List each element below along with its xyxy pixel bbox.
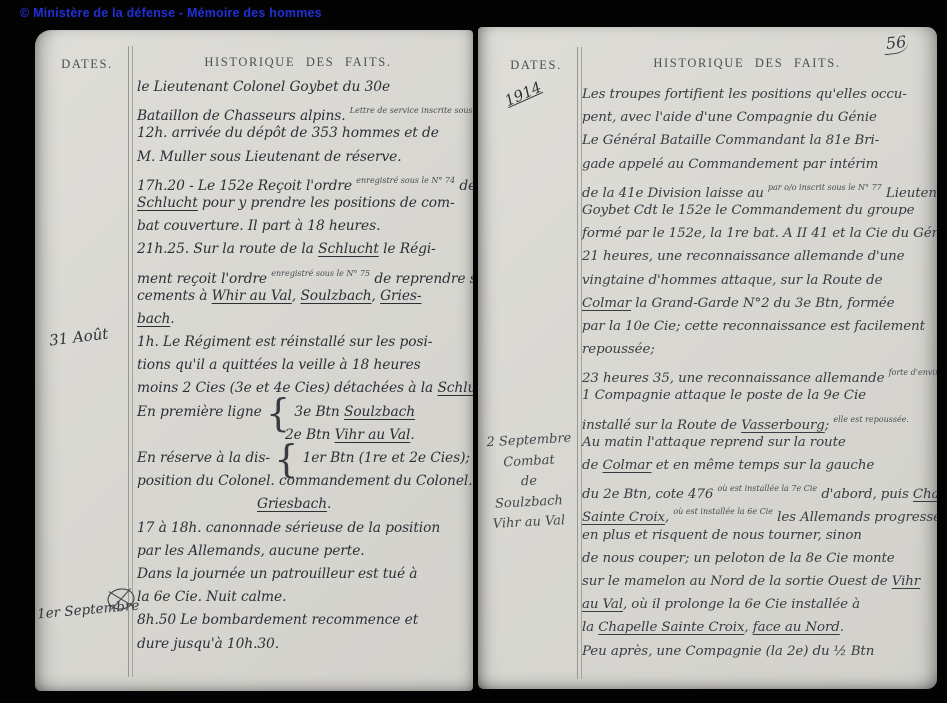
handwritten-line: ment reçoit l'ordre enregistré sous le N… — [137, 262, 473, 285]
handwritten-line: moins 2 Cies (3e et 4e Cies) détachées à… — [137, 377, 473, 400]
handwritten-line: Sainte Croix, où est installée la 6e Cie… — [582, 500, 927, 523]
handwritten-line: bach. — [137, 308, 473, 331]
handwritten-line: Les troupes fortifient les positions qu'… — [582, 83, 927, 106]
handwritten-line: 12h. arrivée du dépôt de 353 hommes et d… — [137, 122, 473, 145]
handwritten-line: 23 heures 35, une reconnaissance alleman… — [582, 361, 927, 384]
handwritten-line: 17h.20 - Le 152e Reçoit l'ordre enregist… — [137, 169, 473, 192]
handwritten-line: tions qu'il a quittées la veille à 18 he… — [137, 354, 473, 377]
handwritten-line: formé par le 152e, la 1re bat. A II 41 e… — [582, 222, 927, 245]
handwritten-line: 2e Btn Vihr au Val. — [137, 424, 473, 447]
handwritten-line: pent, avec l'aide d'une Compagnie du Gén… — [582, 106, 927, 129]
handwritten-line: du 2e Btn, cote 476 où est installée la … — [582, 477, 927, 500]
left-page-lines: le Lieutenant Colonel Goybet du 30eBatai… — [137, 76, 473, 656]
handwritten-line: gade appelé au Commandement par intérim — [582, 153, 927, 176]
handwritten-line: repoussée; — [582, 338, 927, 361]
handwritten-line: Au matin l'attaque reprend sur la route — [582, 431, 927, 454]
handwritten-line: cements à Whir au Val, Soulzbach, Gries- — [137, 285, 473, 308]
handwritten-line: Peu après, une Compagnie (la 2e) du ½ Bt… — [582, 640, 927, 663]
handwritten-line: 8h.50 Le bombardement recommence et — [137, 609, 473, 632]
left-page: DATES. HISTORIQUE DES FAITS. 31 Août 1er… — [35, 30, 473, 691]
right-page-lines: Les troupes fortifient les positions qu'… — [582, 83, 927, 663]
handwritten-line: En première ligne { 3e Btn Soulzbach — [137, 401, 473, 424]
handwritten-line: la 6e Cie. Nuit calme. — [137, 586, 473, 609]
handwritten-line: vingtaine d'hommes attaque, sur la Route… — [582, 269, 927, 292]
margin-date-31-aout: 31 Août — [48, 324, 109, 349]
handwritten-line: par les Allemands, aucune perte. — [137, 540, 473, 563]
handwritten-line: installé sur la Route de Vasserbourg; el… — [582, 408, 927, 431]
handwritten-line: le Lieutenant Colonel Goybet du 30e — [137, 76, 473, 99]
handwritten-line: dure jusqu'à 10h.30. — [137, 633, 473, 656]
dates-column-header: DATES. — [494, 58, 578, 73]
handwritten-line: bat couverture. Il part à 18 heures. — [137, 215, 473, 238]
handwritten-line: M. Muller sous Lieutenant de réserve. — [137, 146, 473, 169]
historique-header: HISTORIQUE DES FAITS. — [582, 56, 912, 71]
page-number: 56 — [882, 32, 910, 56]
handwritten-line: en plus et risquent de nous tourner, sin… — [582, 524, 927, 547]
handwritten-line: Colmar la Grand-Garde N°2 du 3e Btn, for… — [582, 292, 927, 315]
dates-column-header: DATES. — [45, 57, 129, 72]
handwritten-line: de nous couper; un peloton de la 8e Cie … — [582, 547, 927, 570]
column-divider-rule — [128, 46, 133, 677]
handwritten-line: 21h.25. Sur la route de la Schlucht le R… — [137, 238, 473, 261]
margin-year: 1914 — [502, 78, 544, 110]
margin-combat-note: 2 Septembre Combat de Soulzbach Vihr au … — [482, 431, 576, 534]
handwritten-line: au Val, où il prolonge la 6e Cie install… — [582, 593, 927, 616]
right-page: 56 DATES. HISTORIQUE DES FAITS. 1914 2 S… — [478, 27, 937, 689]
handwritten-line: Dans la journée un patrouilleur est tué … — [137, 563, 473, 586]
handwritten-line: position du Colonel. commandement du Col… — [137, 470, 473, 493]
handwritten-line: Le Général Bataille Commandant la 81e Br… — [582, 129, 927, 152]
handwritten-line: 21 heures, une reconnaissance allemande … — [582, 245, 927, 268]
handwritten-line: 17 à 18h. canonnade sérieuse de la posit… — [137, 517, 473, 540]
handwritten-line: Schlucht pour y prendre les positions de… — [137, 192, 473, 215]
combat-note-line: Vihr au Val — [482, 511, 577, 536]
watermark-text: © Ministère de la défense - Mémoire des … — [20, 6, 322, 20]
handwritten-line: Goybet Cdt le 152e le Commandement du gr… — [582, 199, 927, 222]
handwritten-line: sur le mamelon au Nord de la sortie Oues… — [582, 570, 927, 593]
handwritten-line: de Colmar et en même temps sur la gauche — [582, 454, 927, 477]
handwritten-line: Bataillon de Chasseurs alpins. Lettre de… — [137, 99, 473, 122]
handwritten-line: En réserve à la dis- { 1er Btn (1re et 2… — [137, 447, 473, 470]
handwritten-line: 1 Compagnie attaque le poste de la 9e Ci… — [582, 384, 927, 407]
crossed-circle-mark — [103, 584, 138, 614]
scan-background: © Ministère de la défense - Mémoire des … — [0, 0, 947, 703]
handwritten-line: la Chapelle Sainte Croix, face au Nord. — [582, 616, 927, 639]
handwritten-line: de la 41e Division laisse au par o/o ins… — [582, 176, 927, 199]
handwritten-line: 1h. Le Régiment est réinstallé sur les p… — [137, 331, 473, 354]
historique-header: HISTORIQUE DES FAITS. — [133, 55, 463, 70]
handwritten-line: par la 10e Cie; cette reconnaissance est… — [582, 315, 927, 338]
handwritten-line: Griesbach. — [137, 493, 473, 516]
